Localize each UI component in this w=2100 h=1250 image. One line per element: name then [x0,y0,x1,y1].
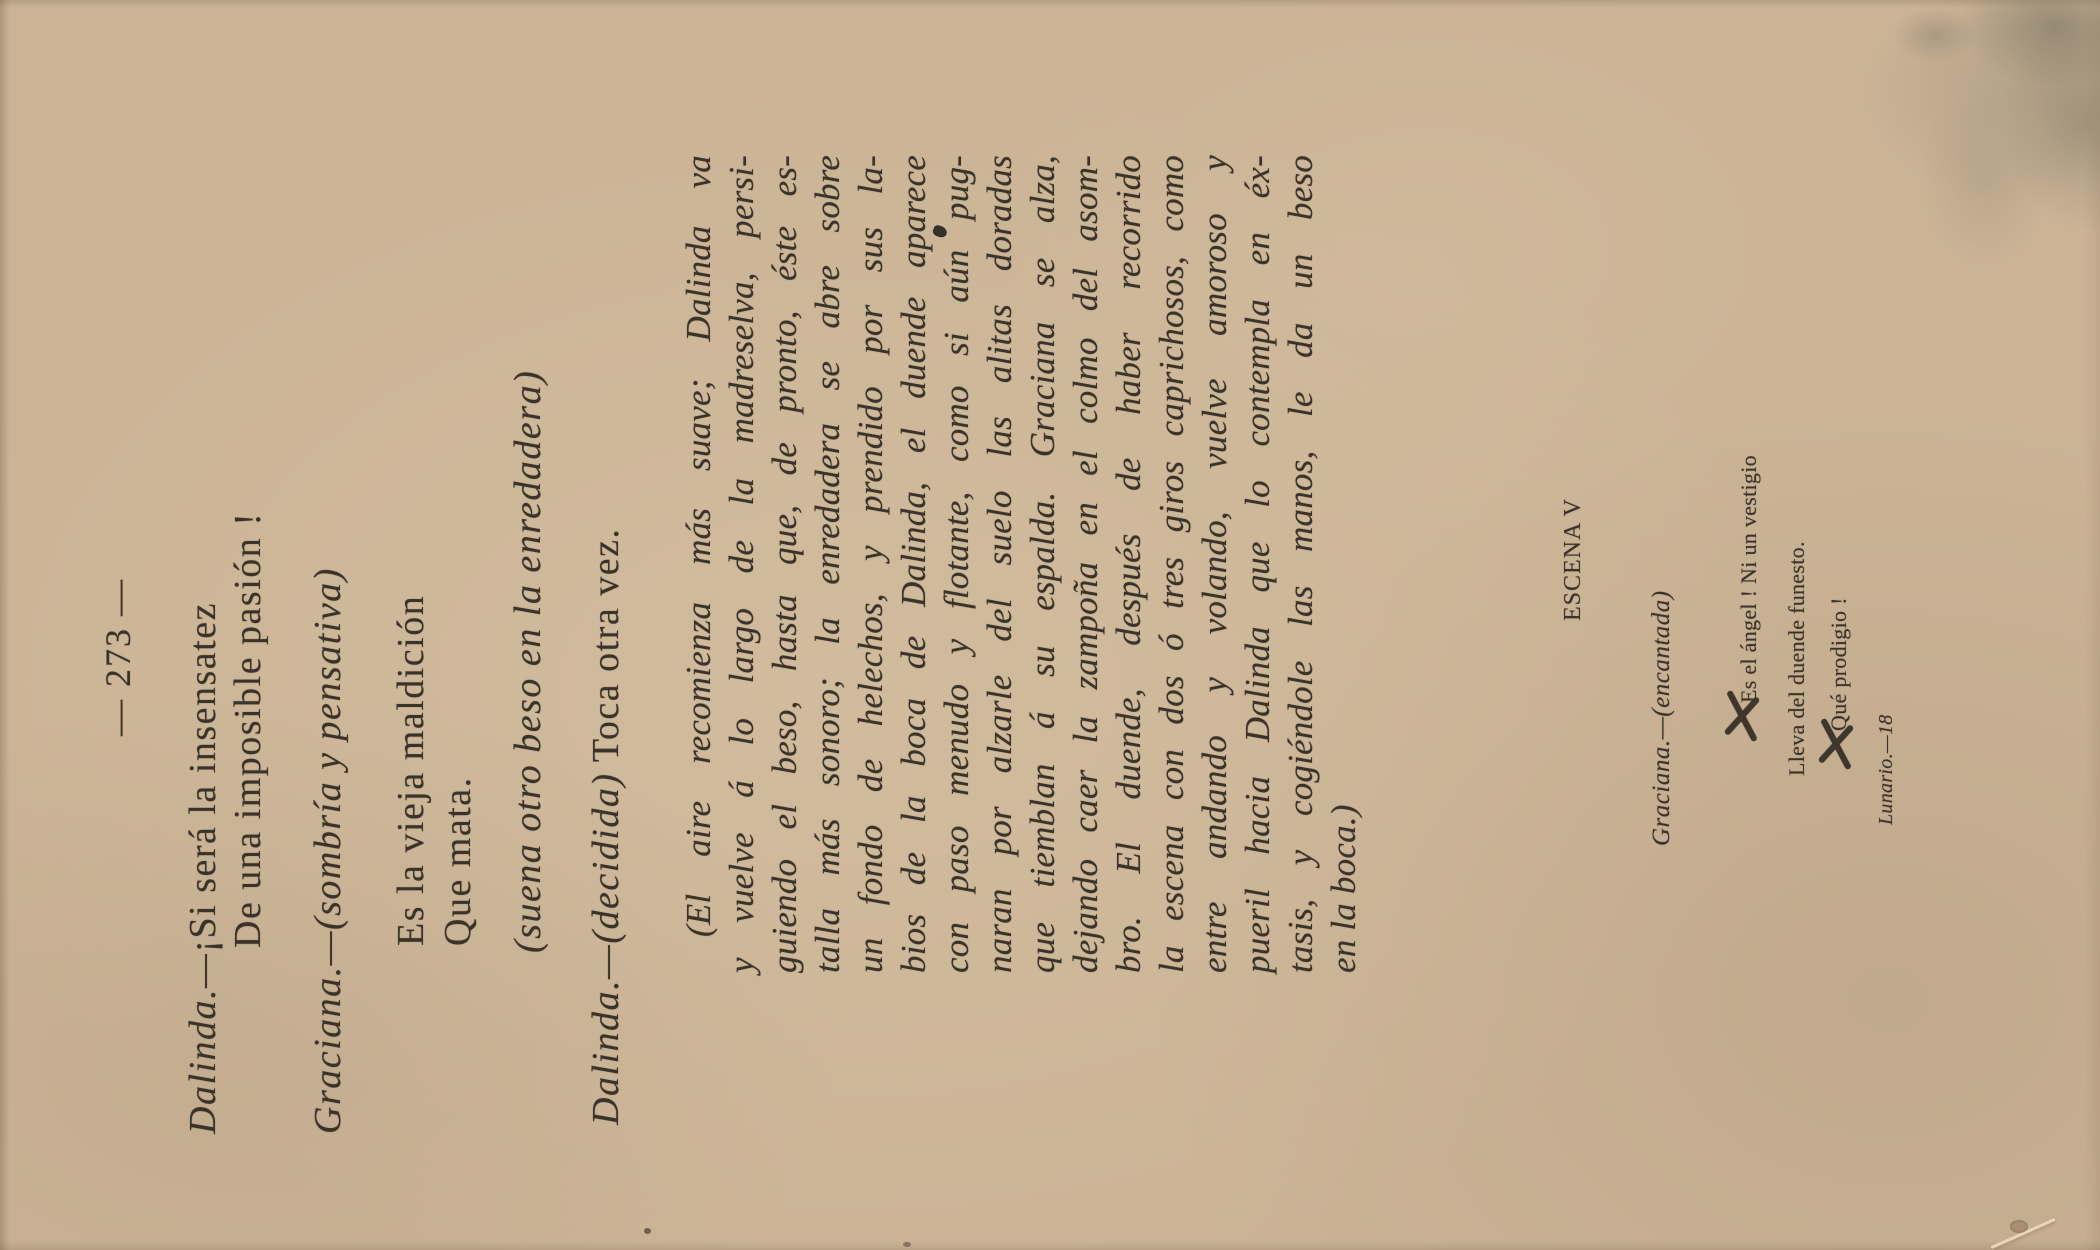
paragraph-line: entre andando y volando, vuelve amoroso … [1193,155,1236,973]
verse-line: Que mata. [435,595,482,946]
speech-graciana-2: Graciana.—(encantada) [1647,590,1677,846]
handwritten-x-mark [1722,688,1762,744]
speech-dalinda-2: Dalinda.—(decidida) Toca otra vez. [584,528,629,1125]
x-mark-stroke [1724,696,1761,736]
stage-direction: (suena otro beso en la enredadera) [506,370,551,953]
scanned-book-page: — 273 — Dalinda.—¡Si será la insensatez … [0,0,2100,1250]
speech-line: De una imposible pasión ! [226,512,271,948]
paragraph-line: la escena con dos ó tres giros caprichos… [1150,155,1193,973]
paragraph-line: naran por alzarle del suelo las alitas d… [978,155,1021,973]
stage-direction-paragraph: (El aire recomienza más suave; Dalinda v… [677,155,1365,973]
paragraph-line: y vuelve á lo largo de la madreselva, pe… [720,155,763,973]
verse-line: Qué prodigio ! [1826,597,1852,731]
paragraph-line: tasis, y cogiéndole las manos, le da un … [1279,155,1322,973]
paragraph-line: (El aire recomienza más suave; Dalinda v… [677,155,720,973]
verse-graciana-1: Es la vieja maldición Que mata. [388,595,482,946]
paragraph-line: pueril hacia Dalinda que lo contempla en… [1236,155,1279,973]
paragraph-line: en la boca.) [1322,155,1365,973]
stage-direction-inline: (decidida) [585,772,627,943]
speaker-name: Graciana.— [307,930,349,1134]
speech-text: ¡Si será la insensatez [182,602,224,953]
speaker-name: Dalinda.— [585,944,627,1125]
paragraph-line: bios de la boca de Dalinda, el duende ap… [892,155,935,973]
paper-dot [903,1242,911,1247]
speaker-name: Graciana.— [1648,717,1675,846]
stage-direction-inline: (sombría y pensativa) [307,567,349,930]
speech-graciana-1: Graciana.—(sombría y pensativa) [306,567,351,1134]
speech-dalinda-1: Dalinda.—¡Si será la insensatez De una i… [181,512,271,1134]
handwritten-x-mark [1814,720,1858,768]
paragraph-line: dejando caer la zampoña en el colmo del … [1064,155,1107,973]
paragraph-line: bro. El duende, después de haber recorri… [1107,155,1150,973]
verse-line: Es el ángel ! Ni un vestigio [1736,455,1762,703]
verse-line: Lleva del duende funesto. [1784,541,1810,776]
paragraph-line: con paso menudo y flotante, como si aún … [935,155,978,973]
paper-dot [644,1228,651,1234]
paragraph-line: guiendo el beso, hasta que, de pronto, é… [763,155,806,973]
page-number: — 273 — [96,578,141,736]
stage-direction-inline: (encantada) [1648,590,1675,716]
signature-line: Lunario.—18 [1864,714,1909,825]
verse-line: Es la vieja maldición [388,595,435,946]
speech-line: Dalinda.—¡Si será la insensatez [181,512,226,1134]
scene-heading: ESCENA V [1551,498,1596,621]
paragraph-line: talla más sonoro; la enredadera se abre … [806,155,849,973]
paper-fiber-blob [2010,1220,2028,1233]
paragraph-line: un fondo de helechos, y prendido por sus… [849,155,892,973]
paragraph-line: que tiemblan á su espalda. Graciana se a… [1021,155,1064,973]
x-mark-stroke [1818,724,1855,764]
speaker-name: Dalinda.— [182,953,224,1134]
speech-text: Toca otra vez. [585,528,627,773]
